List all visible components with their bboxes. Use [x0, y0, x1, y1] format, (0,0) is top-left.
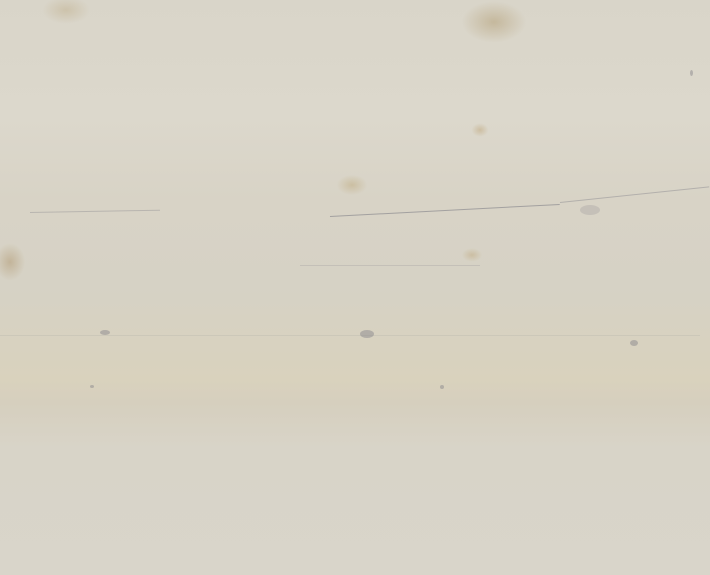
stone-texture: [0, 0, 710, 575]
vein: [300, 265, 480, 266]
speckle: [580, 205, 600, 215]
speckle: [100, 330, 110, 335]
speckle: [630, 340, 638, 346]
vein: [560, 186, 709, 203]
speckle: [440, 385, 444, 389]
vein: [30, 210, 160, 213]
speckle: [690, 70, 693, 76]
speckle: [360, 330, 374, 338]
vein: [330, 204, 560, 217]
vein: [0, 335, 700, 336]
speckle: [90, 385, 94, 388]
